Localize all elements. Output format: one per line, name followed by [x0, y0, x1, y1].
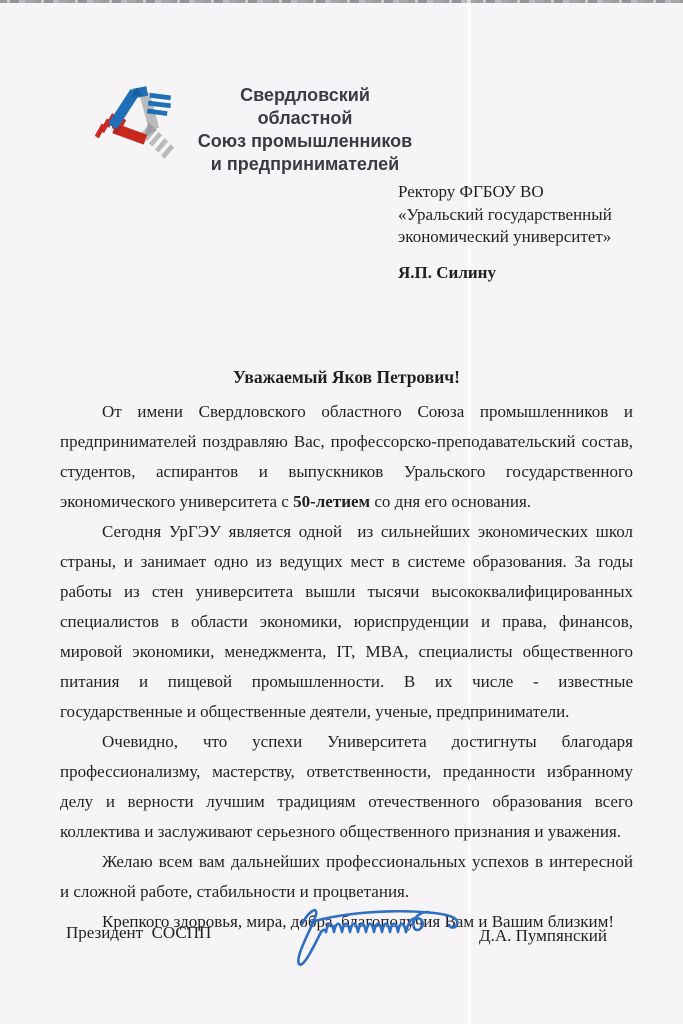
- paragraph-university-achievements: Сегодня УрГЭУ является одной из сильнейш…: [60, 517, 633, 727]
- recipient-name: Я.П. Силину: [398, 262, 612, 285]
- recipient-line: экономический университет»: [398, 226, 612, 249]
- scanned-letter-page: Свердловский областной Союз промышленник…: [0, 0, 683, 1024]
- org-name-line: Союз промышленников: [194, 130, 416, 153]
- recipient-block: Ректору ФГБОУ ВО «Уральский государствен…: [398, 181, 612, 284]
- scan-edge-artifact: [0, 0, 683, 3]
- signer-name: Д.А. Пумпянский: [479, 926, 607, 946]
- org-name: Свердловский областной Союз промышленник…: [194, 79, 416, 176]
- org-name-line: и предпринимателей: [194, 153, 416, 176]
- paragraph-text: со дня его основания.: [370, 492, 531, 511]
- org-name-line: Свердловский областной: [194, 84, 416, 130]
- handwritten-signature: [256, 886, 468, 978]
- recipient-line: Ректору ФГБОУ ВО: [398, 181, 612, 204]
- salutation: Уважаемый Яков Петрович!: [60, 362, 633, 392]
- letter-body: Уважаемый Яков Петрович! От имени Свердл…: [60, 362, 633, 937]
- paragraph-success-reasons: Очевидно, что успехи Университета достиг…: [60, 727, 633, 847]
- signer-title: Президент СОСПП: [66, 923, 211, 943]
- anniversary-highlight: 50-летием: [293, 492, 370, 511]
- recipient-line: «Уральский государственный: [398, 204, 612, 227]
- sospp-logo-icon: [95, 79, 182, 169]
- paragraph-congratulation: От имени Свердловского областного Союза …: [60, 397, 633, 517]
- letterhead: Свердловский областной Союз промышленник…: [95, 79, 416, 176]
